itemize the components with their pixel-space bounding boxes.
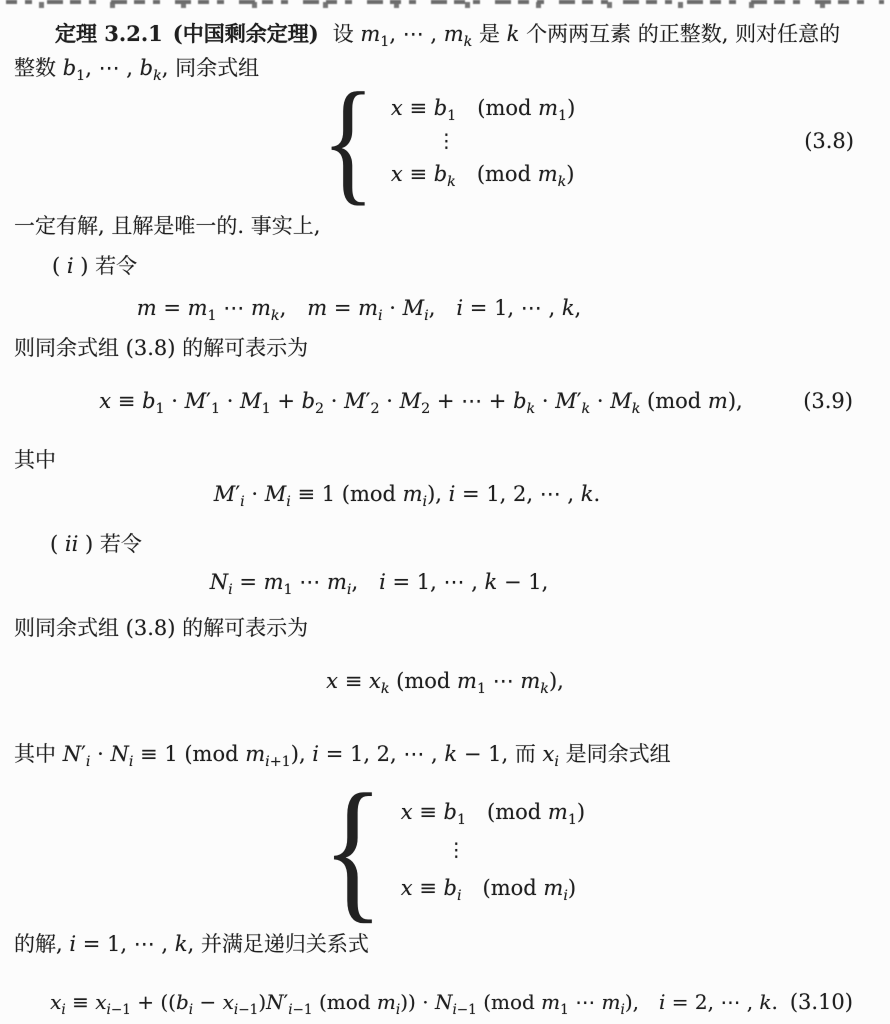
congruence-system-partial: { x ≡ b1 (mod m1) ⋮ x ≡ bi (mod mi) [0, 783, 890, 917]
equation-M-inverse: M′i · Mi ≡ 1 (mod mi), i = 1, 2, ⋯ , k. [0, 479, 890, 509]
left-brace: { [321, 72, 374, 210]
equation-number-3-10: (3.10) [790, 987, 853, 1017]
theorem-heading-line: 定理 3.2.1(中国剩余定理)设 m1, ⋯ , mk 是 k 个两两互素 的… [0, 19, 890, 49]
congruence-row: x ≡ bi (mod mi) [401, 875, 576, 901]
equation-3-10-body: xi ≡ xi−1 + ((bi − xi−1)N′i−1 (mod mi)) … [0, 987, 890, 1017]
paragraph-then-solution-1: 则同余式组 (3.8) 的解可表示为 [0, 333, 890, 363]
paragraph-where-2: 其中 N′i · Ni ≡ 1 (mod mi+1), i = 1, 2, ⋯ … [0, 739, 890, 769]
vertical-dots: ⋮ [401, 839, 466, 861]
equation-m-definition: m = m1 ⋯ mk, m = mi · Mi, i = 1, ⋯ , k, [0, 293, 890, 323]
equation-number-3-9: (3.9) [803, 386, 853, 416]
clipped-text-line-top [6, 0, 884, 8]
equation-3-10: xi ≡ xi−1 + ((bi − xi−1)N′i−1 (mod mi)) … [0, 987, 890, 1017]
congruence-system-3-8: { x ≡ b1 (mod m1) ⋮ x ≡ bk (mod mk) (3.8… [0, 84, 890, 198]
vertical-dots: ⋮ [391, 130, 456, 152]
paragraph-solution-exists: 一定有解, 且解是唯一的. 事实上, [0, 211, 890, 241]
paragraph-then-solution-2: 则同余式组 (3.8) 的解可表示为 [0, 613, 890, 643]
theorem-name: (中国剩余定理) [173, 21, 319, 46]
equation-number-3-8: (3.8) [804, 129, 854, 153]
congruence-row: x ≡ b1 (mod m1) [391, 95, 575, 121]
equation-x-k: x ≡ xk (mod m1 ⋯ mk), [0, 666, 890, 696]
equation-3-9-body: x ≡ b1 · M′1 · M1 + b2 · M′2 · M2 + ⋯ + … [0, 386, 890, 416]
theorem-number: 定理 3.2.1 [55, 21, 163, 46]
equation-N-definition: Ni = m1 ⋯ mi, i = 1, ⋯ , k − 1, [0, 567, 890, 597]
list-item-i: ( i ) 若令 [0, 251, 890, 281]
theorem-statement-line1: 设 m1, ⋯ , mk 是 k 个两两互素 的正整数, 则对任意的 [333, 22, 840, 46]
left-brace: { [322, 771, 383, 929]
list-item-ii: ( ii ) 若令 [0, 529, 890, 559]
paragraph-recurrence-intro: 的解, i = 1, ⋯ , k, 并满足递归关系式 [0, 929, 890, 959]
equation-3-9: x ≡ b1 · M′1 · M1 + b2 · M′2 · M2 + ⋯ + … [0, 386, 890, 416]
congruence-row: x ≡ bk (mod mk) [391, 161, 575, 187]
theorem-statement-line2: 整数 b1, ⋯ , bk, 同余式组 [0, 53, 890, 83]
paragraph-where-1: 其中 [0, 445, 890, 475]
congruence-row: x ≡ b1 (mod m1) [401, 799, 585, 825]
scanned-textbook-page: 定理 3.2.1(中国剩余定理)设 m1, ⋯ , mk 是 k 个两两互素 的… [0, 0, 890, 1024]
